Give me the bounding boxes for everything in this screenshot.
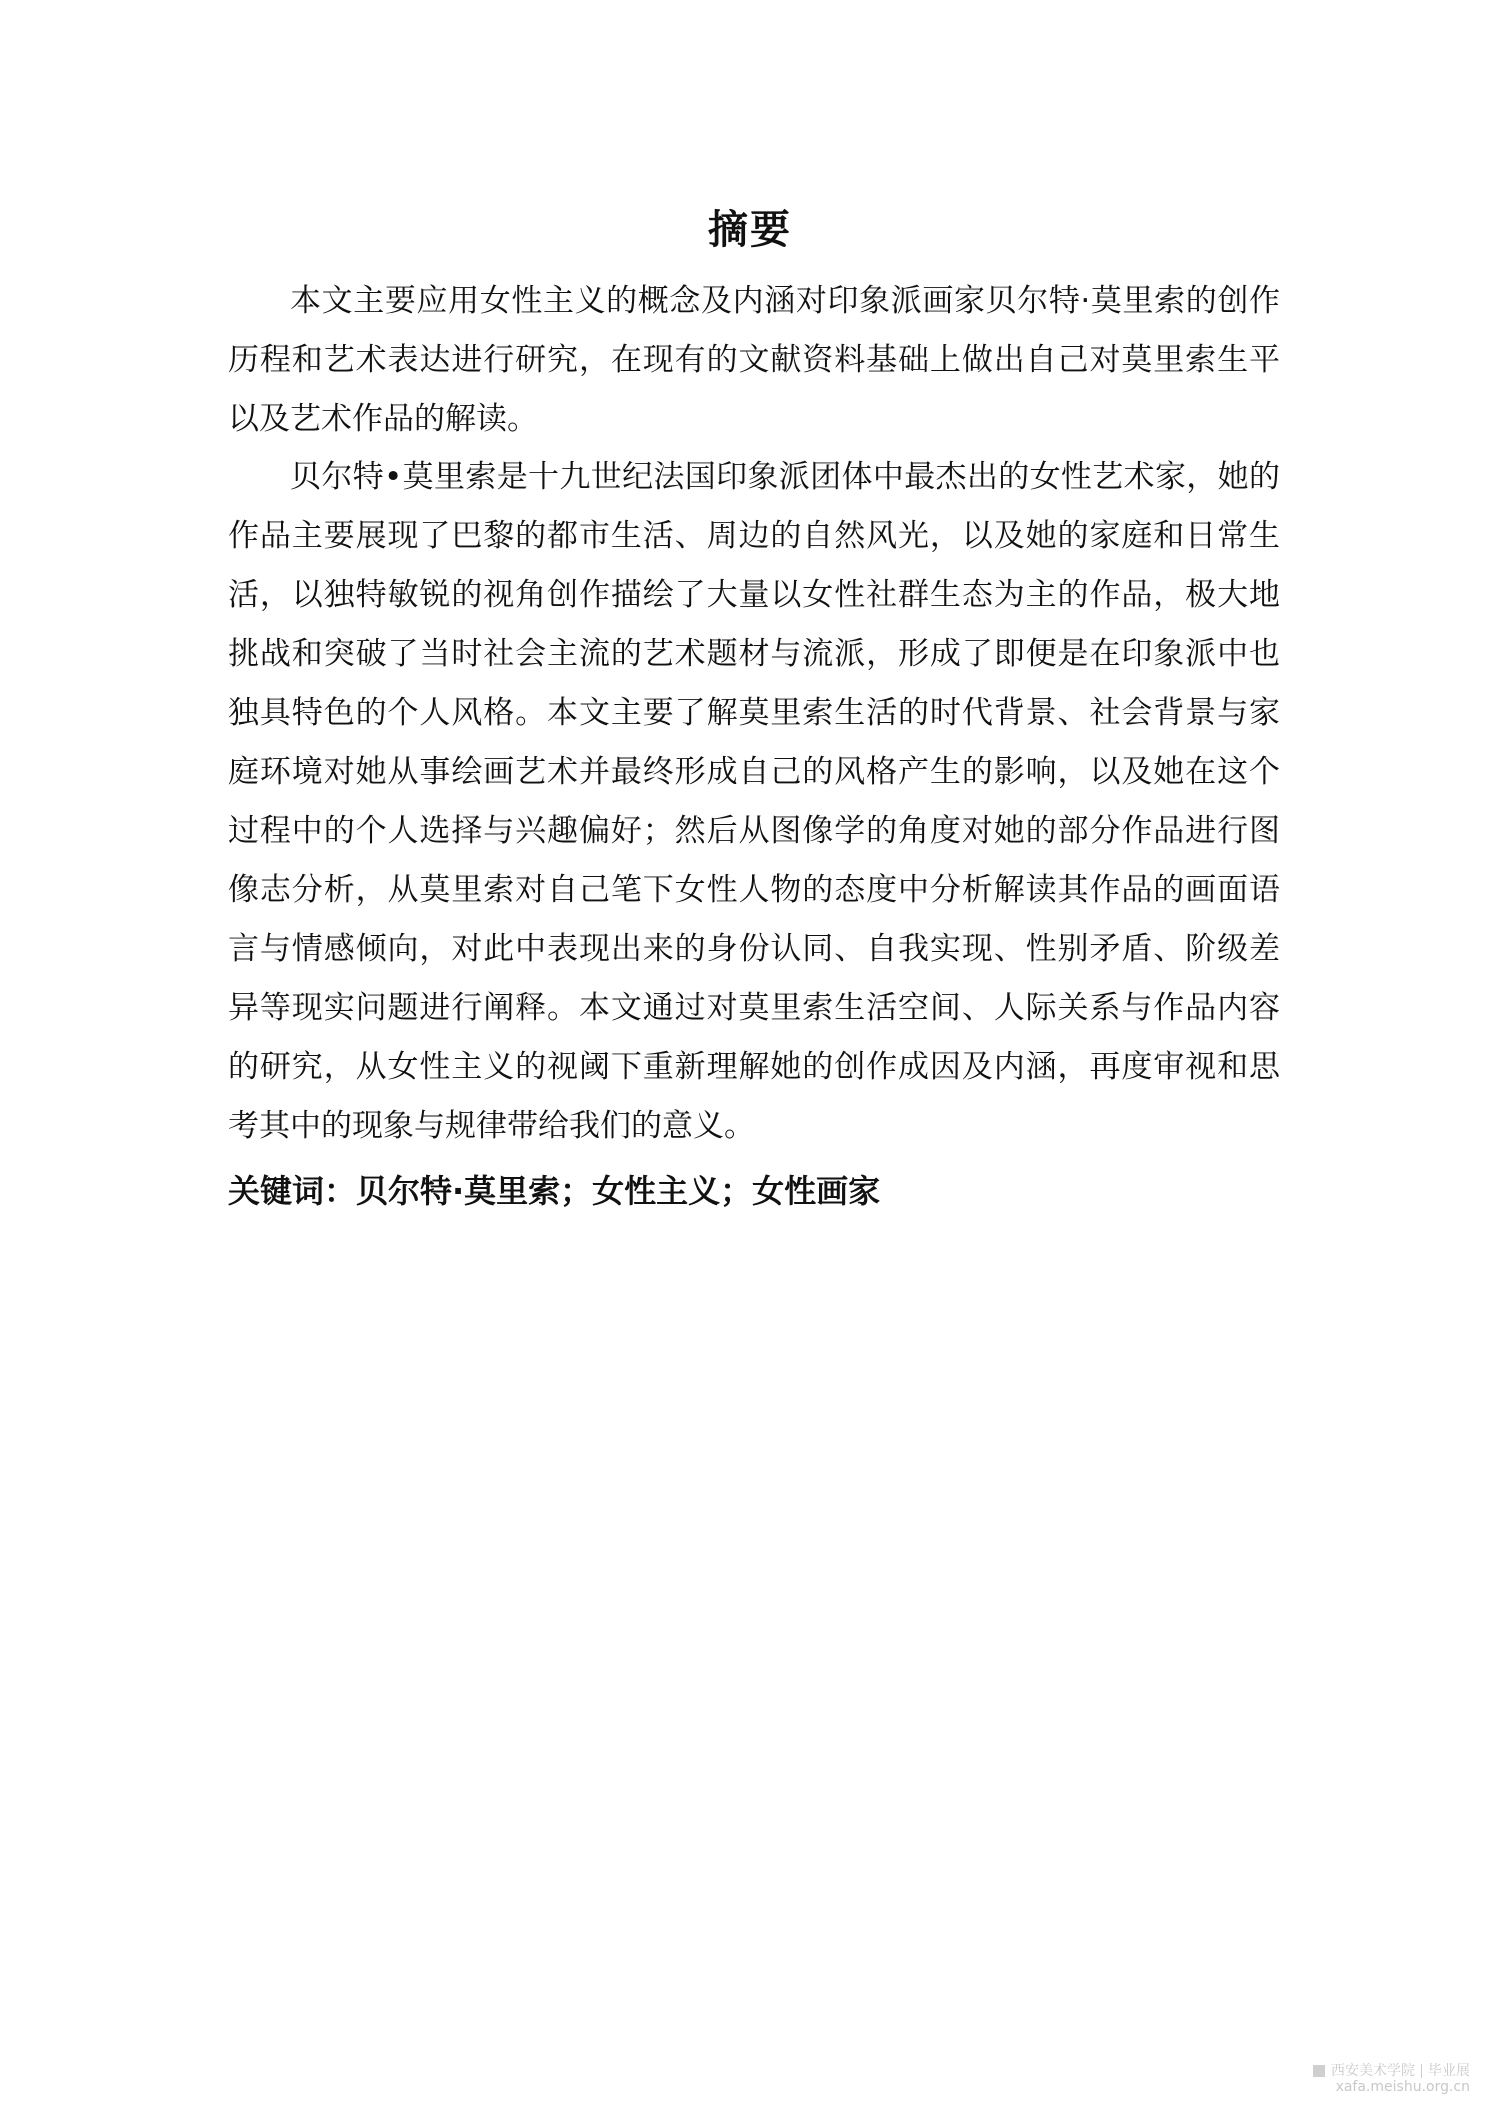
abstract-paragraph-2: 贝尔特•莫里索是十九世纪法国印象派团体中最杰出的女性艺术家，她的作品主要展现了巴… (228, 448, 1280, 1156)
keywords-value: 贝尔特·莫里索；女性主义；女性画家 (356, 1172, 880, 1210)
paragraph-text: 本文主要应用女性主义的概念及内涵对印象派画家贝尔特·莫里索的创作历程和艺术表达进… (228, 272, 1280, 449)
abstract-paragraph-1: 本文主要应用女性主义的概念及内涵对印象派画家贝尔特·莫里索的创作历程和艺术表达进… (228, 272, 1280, 449)
divider (1421, 2064, 1422, 2078)
academy-logo-icon (1313, 2065, 1325, 2077)
watermark-tag: 毕业展 (1428, 2063, 1470, 2079)
abstract-title: 摘要 (0, 198, 1500, 255)
paragraph-text: 贝尔特•莫里索是十九世纪法国印象派团体中最杰出的女性艺术家，她的作品主要展现了巴… (228, 448, 1280, 1156)
keywords-label: 关键词： (228, 1172, 356, 1210)
watermark: 西安美术学院 毕业展 xafa.meishu.org.cn (1313, 2063, 1470, 2095)
keywords-line: 关键词：贝尔特·莫里索；女性主义；女性画家 (228, 1166, 880, 1212)
watermark-url: xafa.meishu.org.cn (1313, 2079, 1470, 2095)
watermark-brand: 西安美术学院 (1331, 2063, 1415, 2079)
